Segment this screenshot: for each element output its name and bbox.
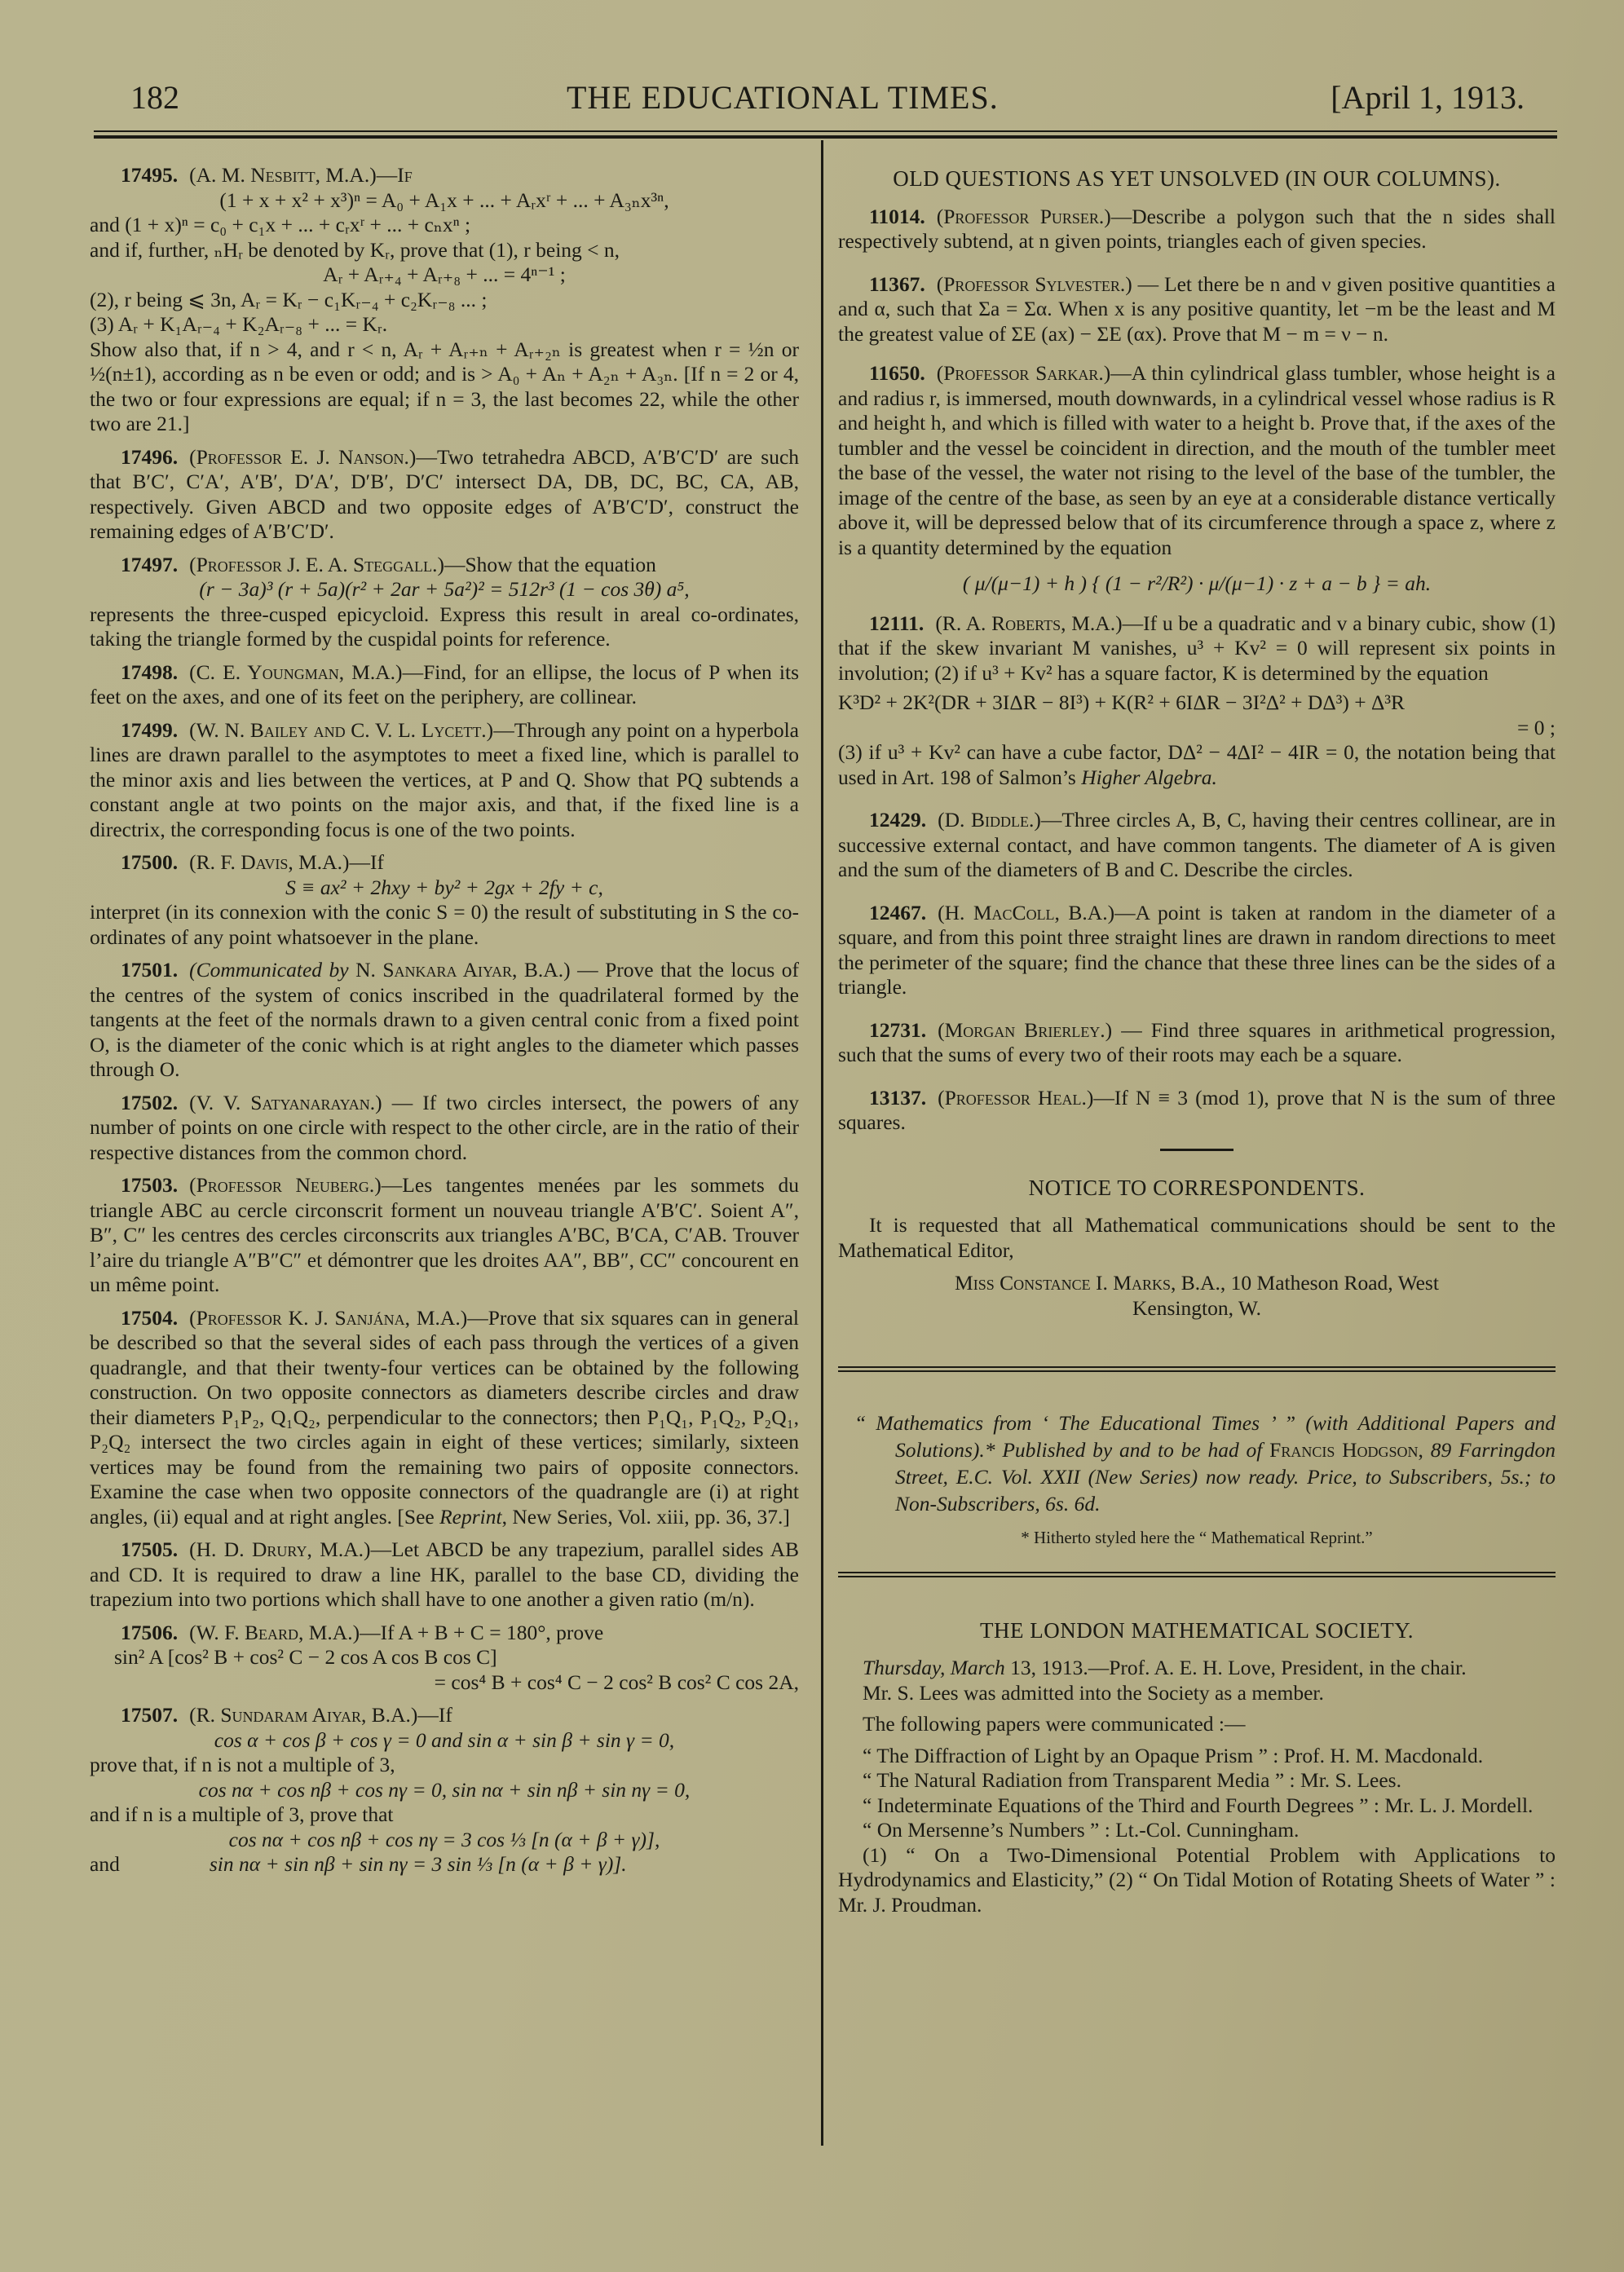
book-title: Higher Algebra. [1081, 765, 1217, 789]
question-number: 12467. [869, 901, 926, 924]
equation: S ≡ ax² + 2hxy + by² + 2gx + 2fy + c, [90, 876, 799, 901]
question-17500: 17500.(R. F. Davis, M.A.)—If S ≡ ax² + 2… [90, 850, 799, 950]
editor-name: Miss Constance I. Marks, B.A., [955, 1271, 1225, 1295]
papers-intro: The following papers were communicated :… [838, 1712, 1556, 1737]
question-author: (R. Sundaram Aiyar, B.A.) [189, 1703, 417, 1727]
notice-to-correspondents: NOTICE TO CORRESPONDENTS. It is requeste… [838, 1176, 1556, 1321]
question-author: (Professor Purser.) [937, 205, 1111, 228]
question-author: N. Sankara Aiyar, B.A.) [355, 958, 571, 982]
question-author: (Professor J. E. A. Steggall.) [189, 553, 444, 576]
question-17505: 17505.(H. D. Drury, M.A.)—Let ABCD be an… [90, 1537, 799, 1612]
question-author: (C. E. Youngman, M.A.) [189, 660, 402, 684]
equation-end: = 0 ; [838, 716, 1556, 741]
equation: ( μ/(μ−1) + h ) { (1 − r²/R²) · μ/(μ−1) … [838, 571, 1556, 597]
question-author: (Professor Sylvester.) [937, 272, 1132, 296]
question-author: (V. V. Satyanarayan.) [189, 1091, 382, 1114]
question-author: (Professor E. J. Nanson.) [189, 445, 416, 469]
question-number: 17504. [121, 1306, 178, 1330]
meeting-details: 13, 1913.—Prof. A. E. H. Love, President… [1005, 1656, 1467, 1679]
question-number: 17502. [121, 1091, 178, 1114]
question-17506: 17506.(W. F. Beard, M.A.)—If A + B + C =… [90, 1621, 799, 1696]
question-number: 17501. [121, 958, 178, 982]
section-double-rule [838, 1572, 1556, 1577]
paper-item: “ The Natural Radiation from Transparent… [838, 1768, 1556, 1793]
question-number: 17500. [121, 850, 178, 874]
equation: (2), r being ⩽ 3n, Aᵣ = Kᵣ − c₁Kᵣ₋₄ + c₂… [90, 288, 799, 313]
equation: Aᵣ + Aᵣ₊₄ + Aᵣ₊₈ + ... = 4ⁿ⁻¹ ; [90, 262, 799, 288]
question-number: 12111. [869, 611, 924, 635]
question-text: —If [349, 850, 383, 874]
issue-date: [April 1, 1913. [1331, 78, 1525, 117]
question-text: —If [417, 1703, 452, 1727]
header-rule-thick [94, 135, 1557, 139]
question-number: 17503. [121, 1173, 178, 1197]
question-17501: 17501.(Communicated by N. Sankara Aiyar,… [90, 958, 799, 1083]
question-text: —If A + B + C = 180°, prove [360, 1621, 603, 1644]
equation: cos nα + cos nβ + cos nγ = 3 cos ⅓ [n (α… [90, 1828, 799, 1853]
question-number: 11650. [869, 361, 925, 385]
question-text: —Prove that six squares can in general b… [90, 1306, 799, 1529]
paper-item: “ The Diffraction of Light by an Opaque … [838, 1744, 1556, 1769]
question-number: 17507. [121, 1703, 178, 1727]
question-author: (H. D. Drury, M.A.) [189, 1537, 370, 1561]
question-12429: 12429.(D. Biddle.)—Three circles A, B, C… [838, 808, 1556, 883]
equation: (3) Aᵣ + K₁Aᵣ₋₄ + K₂Aᵣ₋₈ + ... = Kᵣ. [90, 312, 799, 337]
question-author: (Professor Heal.) [938, 1086, 1093, 1110]
reprint-advertisement: “ Mathematics from ‘ The Educational Tim… [838, 1410, 1556, 1551]
equation: (1 + x + x² + x³)ⁿ = A₀ + A₁x + ... + Aᵣ… [90, 188, 799, 214]
question-number: 17497. [121, 553, 178, 576]
question-17502: 17502.(V. V. Satyanarayan.) — If two cir… [90, 1091, 799, 1166]
advert-footnote: * Hitherto styled here the “ Mathematica… [838, 1525, 1556, 1551]
reference-suffix: , New Series, Vol. xiii, pp. 36, 37.] [502, 1505, 790, 1529]
masthead-title: THE EDUCATIONAL TIMES. [567, 78, 999, 117]
question-12467: 12467.(H. MacColl, B.A.)—A point is take… [838, 901, 1556, 1000]
reference-title: Reprint [439, 1505, 502, 1529]
question-author: (Professor Neuberg.) [189, 1173, 382, 1197]
question-author: (Morgan Brierley.) [938, 1018, 1112, 1042]
equation: = cos⁴ B + cos⁴ C − 2 cos² B cos² C cos … [90, 1670, 799, 1696]
paper-item: “ Indeterminate Equations of the Third a… [838, 1793, 1556, 1819]
question-17495: 17495.(A. M. Nesbitt, M.A.)—If (1 + x + … [90, 163, 799, 437]
question-number: 12429. [869, 808, 926, 832]
address-line-2: Kensington, W. [838, 1296, 1556, 1321]
author-prefix: (Communicated by [189, 958, 348, 982]
equation: sin² A [cos² B + cos² C − 2 cos A cos B … [90, 1645, 799, 1670]
equation: sin nα + sin nβ + sin nγ = 3 sin ⅓ [n (α… [210, 1852, 627, 1876]
question-number: 12731. [869, 1018, 926, 1042]
question-17499: 17499.(W. N. Bailey and C. V. L. Lycett.… [90, 718, 799, 843]
question-11367: 11367.(Professor Sylvester.) — Let there… [838, 272, 1556, 347]
section-divider [1160, 1149, 1233, 1151]
question-text: Show also that, if n > 4, and r < n, Aᵣ … [90, 337, 799, 437]
lms-title: THE LONDON MATHEMATICAL SOCIETY. [838, 1618, 1556, 1643]
equation: and (1 + x)ⁿ = c₀ + c₁x + ... + cᵣxʳ + .… [90, 213, 799, 238]
question-text: interpret (in its connexion with the con… [90, 900, 799, 950]
meeting-date: Thursday, March 13, 1913.—Prof. A. E. H.… [838, 1656, 1556, 1681]
question-12111: 12111.(R. A. Roberts, M.A.)—If u be a qu… [838, 611, 1556, 791]
equation: cos nα + cos nβ + cos nγ = 0, sin nα + s… [90, 1778, 799, 1803]
equation-label: and [90, 1852, 120, 1876]
left-column: 17495.(A. M. Nesbitt, M.A.)—If (1 + x + … [90, 163, 799, 1886]
question-number: 17499. [121, 718, 178, 742]
question-11014: 11014.(Professor Purser.)—Describe a pol… [838, 205, 1556, 254]
question-text: —Show that the equation [444, 553, 656, 576]
question-number: 17496. [121, 445, 178, 469]
equation-row: andsin nα + sin nβ + sin nγ = 3 sin ⅓ [n… [90, 1852, 799, 1877]
question-17498: 17498.(C. E. Youngman, M.A.)—Find, for a… [90, 660, 799, 710]
meeting-day: Thursday, March [863, 1656, 1005, 1679]
question-17504: 17504.(Professor K. J. Sanjána, M.A.)—Pr… [90, 1306, 799, 1530]
paper-item: “ On Mersenne’s Numbers ” : Lt.-Col. Cun… [838, 1818, 1556, 1843]
reference-prefix: [See [397, 1505, 434, 1529]
advert-text: “ Mathematics from ‘ The Educational Tim… [838, 1410, 1556, 1517]
editor-address: Miss Constance I. Marks, B.A., 10 Mathes… [838, 1271, 1556, 1296]
question-number: 11014. [869, 205, 925, 228]
equation: cos α + cos β + cos γ = 0 and sin α + si… [90, 1728, 799, 1754]
question-author: (A. M. Nesbitt, M.A.)—If [189, 163, 413, 187]
address-line-1: 10 Matheson Road, West [1225, 1271, 1439, 1295]
question-author: (W. F. Beard, M.A.) [189, 1621, 360, 1644]
question-text: and if n is a multiple of 3, prove that [90, 1802, 799, 1828]
question-number: 17505. [121, 1537, 178, 1561]
question-author: (D. Biddle.) [938, 808, 1041, 832]
question-author: (H. MacColl, B.A.) [938, 901, 1114, 924]
publisher-name: Francis Hodgson, [1269, 1438, 1423, 1462]
question-number: 17495. [121, 163, 178, 187]
notice-title: NOTICE TO CORRESPONDENTS. [838, 1176, 1556, 1201]
question-number: 17506. [121, 1621, 178, 1644]
admission-note: Mr. S. Lees was admitted into the Societ… [838, 1681, 1556, 1706]
london-mathematical-society: THE LONDON MATHEMATICAL SOCIETY. Thursda… [838, 1618, 1556, 1918]
page-number: 182 [130, 78, 179, 117]
right-column: OLD QUESTIONS AS YET UNSOLVED (IN OUR CO… [838, 161, 1556, 1917]
question-12731: 12731.(Morgan Brierley.) — Find three sq… [838, 1018, 1556, 1068]
question-author: (Professor Sarkar.) [937, 361, 1110, 385]
question-author: (W. N. Bailey and C. V. L. Lycett.) [189, 718, 493, 742]
page-header: 182 THE EDUCATIONAL TIMES. [April 1, 191… [130, 72, 1541, 121]
notice-text: It is requested that all Mathematical co… [838, 1213, 1556, 1263]
question-text: represents the three-cusped epicycloid. … [90, 602, 799, 652]
header-rule-thin [94, 130, 1557, 132]
question-text: (3) if u³ + Kv² can have a cube factor, … [838, 740, 1556, 790]
question-17507: 17507.(R. Sundaram Aiyar, B.A.)—If cos α… [90, 1703, 799, 1877]
question-17503: 17503.(Professor Neuberg.)—Les tangentes… [90, 1173, 799, 1298]
question-number: 11367. [869, 272, 925, 296]
equation: K³D² + 2K²(DR + 3IΔR − 8I³) + K(R² + 6IΔ… [838, 690, 1556, 716]
question-17496: 17496.(Professor E. J. Nanson.)—Two tetr… [90, 445, 799, 545]
newspaper-page: 182 THE EDUCATIONAL TIMES. [April 1, 191… [0, 0, 1624, 2272]
section-title-old-questions: OLD QUESTIONS AS YET UNSOLVED (IN OUR CO… [838, 166, 1556, 192]
column-divider [821, 140, 823, 2146]
question-number: 13137. [869, 1086, 926, 1110]
question-text: prove that, if n is not a multiple of 3, [90, 1753, 799, 1778]
paper-item: (1) “ On a Two-Dimensional Potential Pro… [838, 1843, 1556, 1918]
question-13137: 13137.(Professor Heal.)—If N ≡ 3 (mod 1)… [838, 1086, 1556, 1136]
question-text: and if, further, ₙHᵣ be denoted by Kᵣ, p… [90, 238, 799, 263]
question-11650: 11650.(Professor Sarkar.)—A thin cylindr… [838, 361, 1556, 597]
question-17497: 17497.(Professor J. E. A. Steggall.)—Sho… [90, 553, 799, 652]
question-text: —A thin cylindrical glass tumbler, whose… [838, 361, 1556, 559]
question-author: (R. F. Davis, M.A.) [189, 850, 349, 874]
section-double-rule [838, 1366, 1556, 1372]
question-author: (Professor K. J. Sanjána, M.A.) [189, 1306, 467, 1330]
equation: (r − 3a)³ (r + 5a)(r² + 2ar + 5a²)² = 51… [90, 577, 799, 602]
question-number: 17498. [121, 660, 178, 684]
question-author: (R. A. Roberts, M.A.) [935, 611, 1122, 635]
